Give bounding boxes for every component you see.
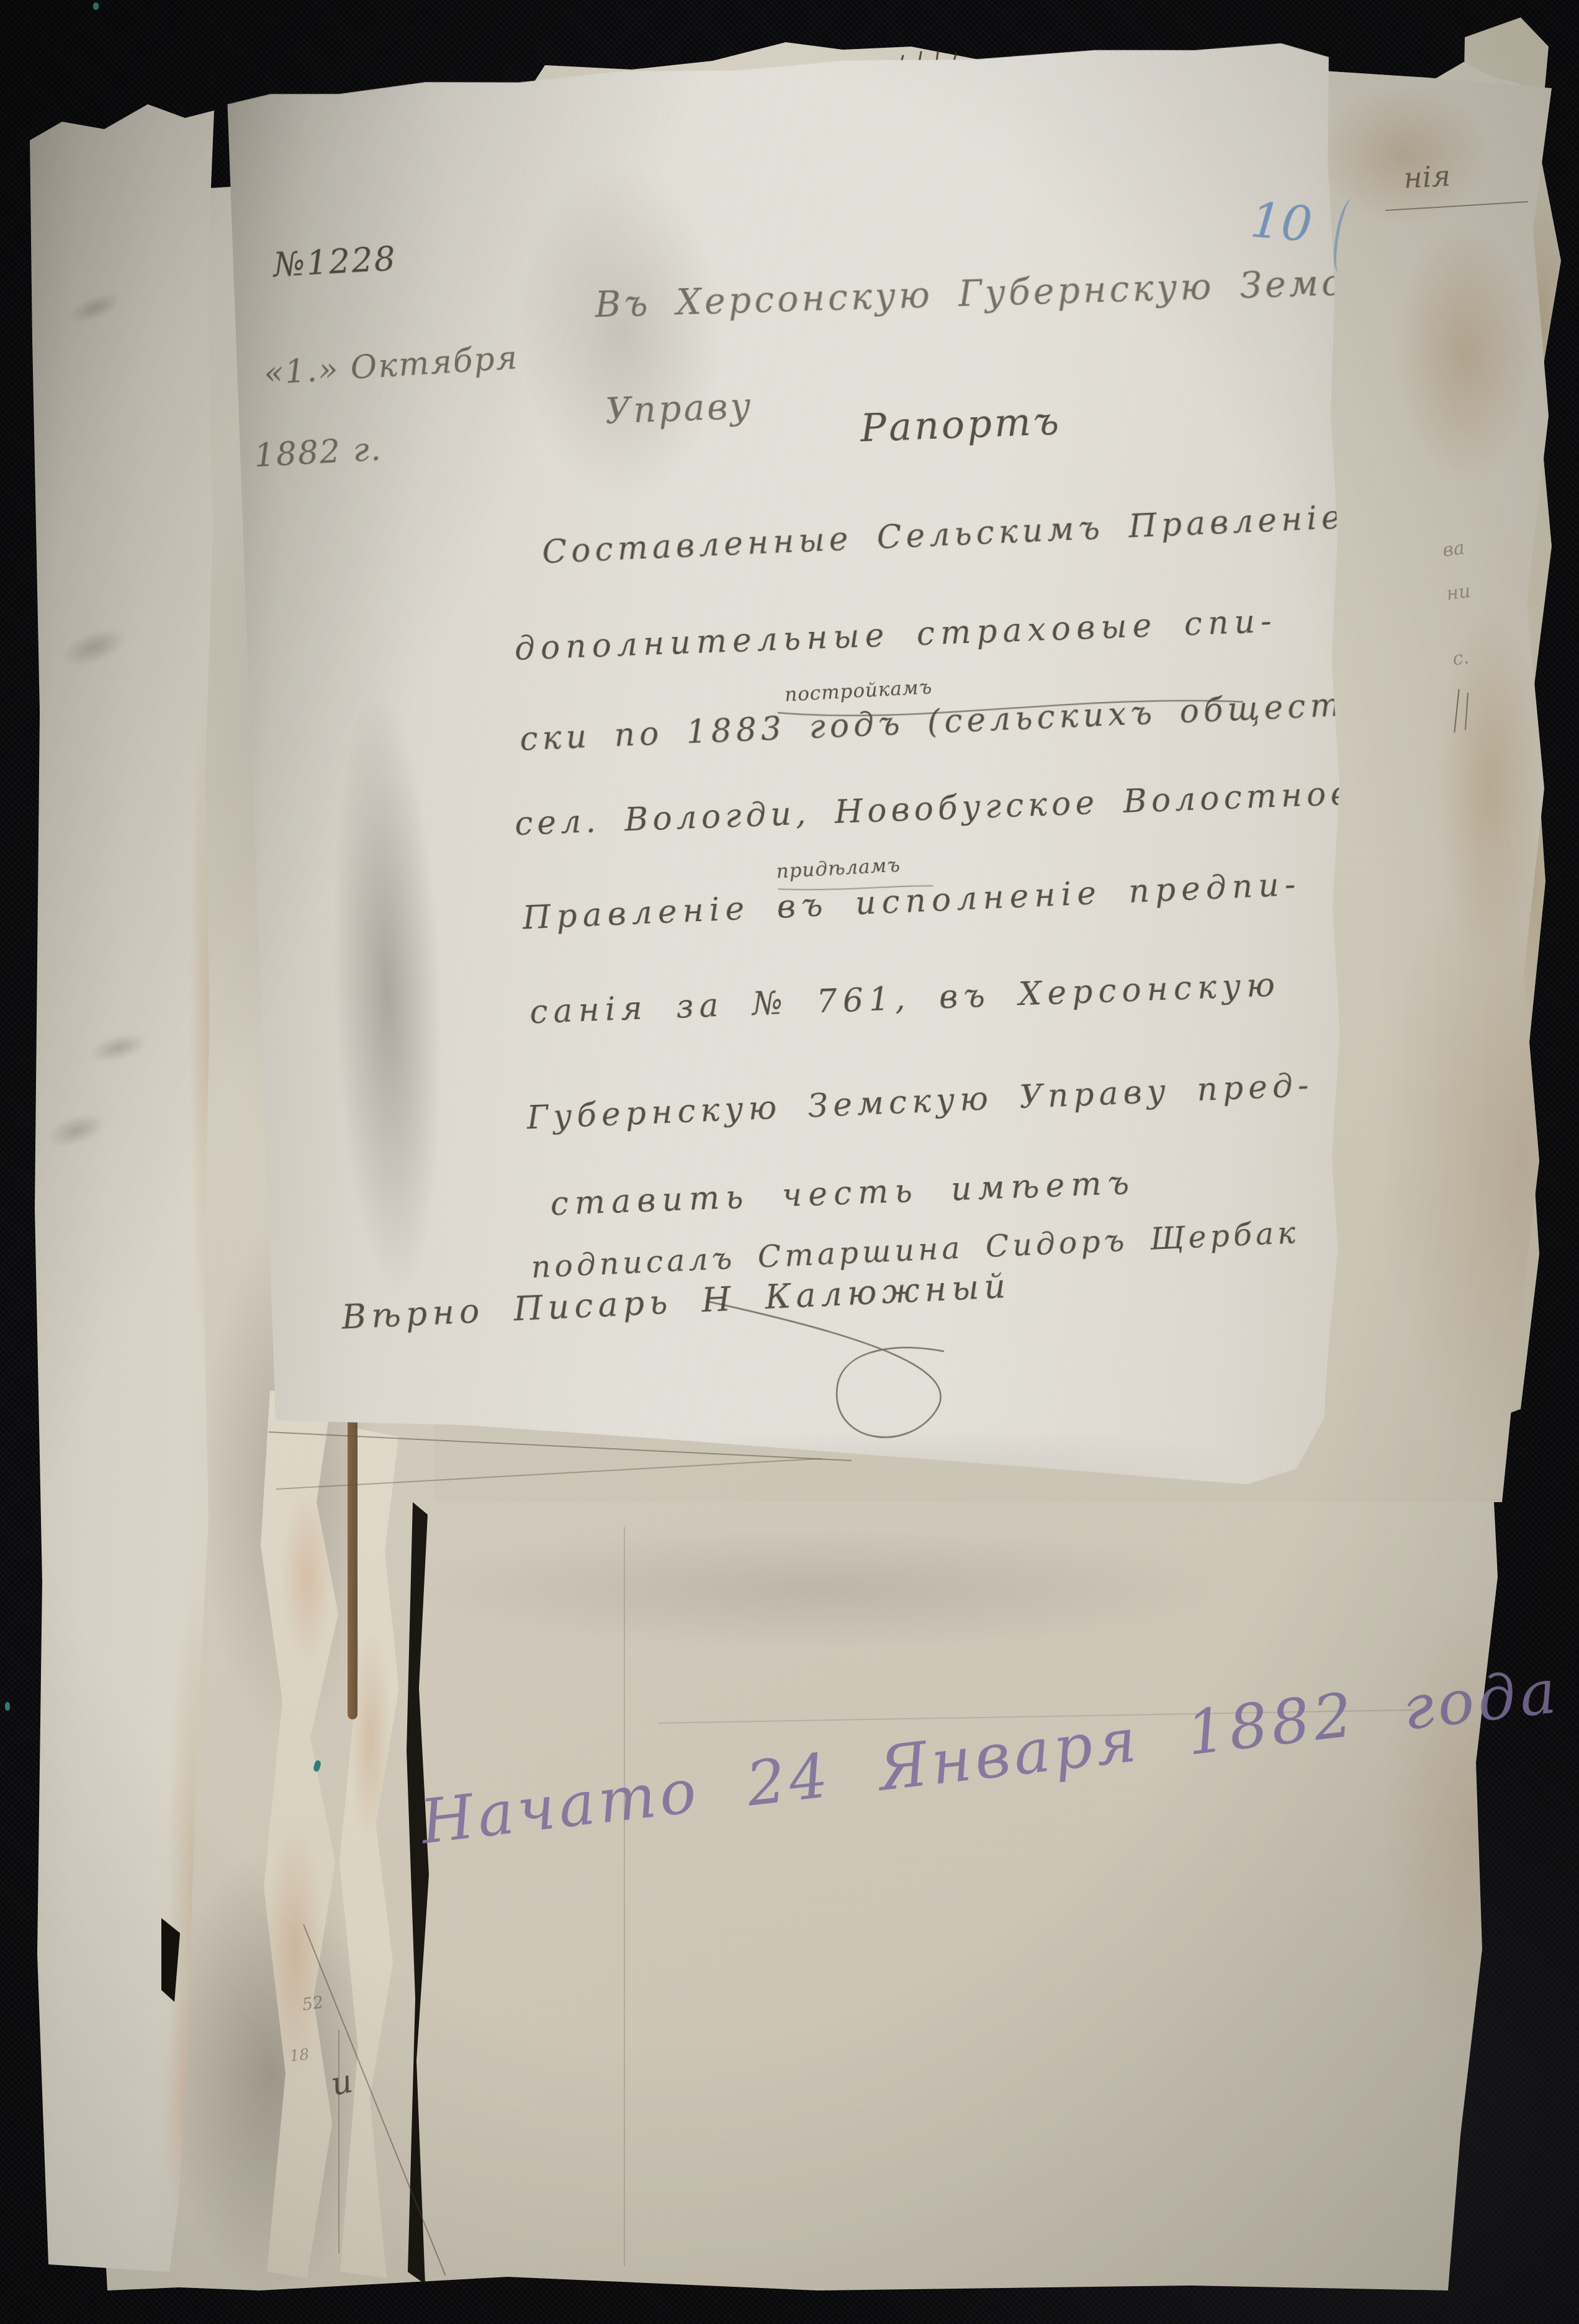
- gutter-shadow-gap: [407, 1502, 430, 2284]
- addressee-line-1: Въ Херсонскую Губернскую Земскую: [595, 260, 1428, 326]
- page-number-blue: 10: [1248, 192, 1315, 253]
- edge-pen-stroke: [1465, 693, 1469, 730]
- gutter-mark: 18: [289, 2045, 310, 2065]
- torn-strip: [328, 1427, 411, 2278]
- body-line-2: дополнительные страховые спи-: [514, 603, 1278, 668]
- edge-pen-stroke: [1454, 689, 1459, 732]
- torn-strip: [258, 1390, 351, 2278]
- teal-speck: [93, 2, 99, 10]
- gutter-mark: 52: [301, 1993, 325, 2014]
- report-number: №1228: [272, 239, 398, 285]
- date-line: «1.» Октября: [263, 339, 520, 392]
- edge-script-fragment: с.: [1451, 646, 1470, 670]
- body-line-8: ставить честь имѣетъ: [550, 1164, 1136, 1223]
- edge-script-fragment: ва: [1441, 537, 1466, 562]
- teal-speck: [5, 1702, 10, 1711]
- gutter-shadow-gap: [161, 1918, 180, 2002]
- gutter-mark: и: [328, 2063, 356, 2104]
- showthrough-smudge: [56, 621, 131, 674]
- addressee-line-2: Управу: [605, 385, 754, 432]
- showthrough-smudge: [42, 1107, 110, 1154]
- edge-script-fragment: ни: [1445, 580, 1472, 605]
- year-line: 1882 г.: [253, 431, 383, 475]
- report-page: №1228 Въ Херсонскую Губернскую Земскую «…: [227, 38, 1392, 1580]
- fragment-niya: нія: [1403, 159, 1451, 195]
- body-line-5: Правленіе въ исполненіе предпи-: [522, 866, 1302, 937]
- archival-photo: нія ва ни с. 52 18 и №1228 Въ Херсонскую…: [0, 0, 1579, 2324]
- showthrough-smudge: [86, 1028, 150, 1067]
- torn-gutter: 52 18 и: [161, 1390, 453, 2278]
- blue-pencil-arc: [1329, 197, 1361, 274]
- body-line-6: санія за № 761, въ Херсонскую: [529, 966, 1281, 1031]
- insert-word-2: придѣламъ: [776, 854, 901, 883]
- fragment-underline: [1385, 201, 1528, 211]
- body-line-1: Составленные Сельскимъ Правленіемъ: [541, 496, 1402, 570]
- showthrough-smudge: [65, 287, 125, 328]
- binding-cord: [348, 1397, 358, 1719]
- body-line-7: Губернскую Земскую Управу пред-: [526, 1066, 1315, 1137]
- insert-word-1: постройкамъ: [784, 676, 933, 706]
- body-line-4: сел. Вологди, Новобугское Волостное: [514, 775, 1354, 843]
- doc-title: Рапортъ: [860, 398, 1062, 451]
- body-line-3: ски по 1883 годъ (сельскихъ обществъ: [519, 684, 1394, 758]
